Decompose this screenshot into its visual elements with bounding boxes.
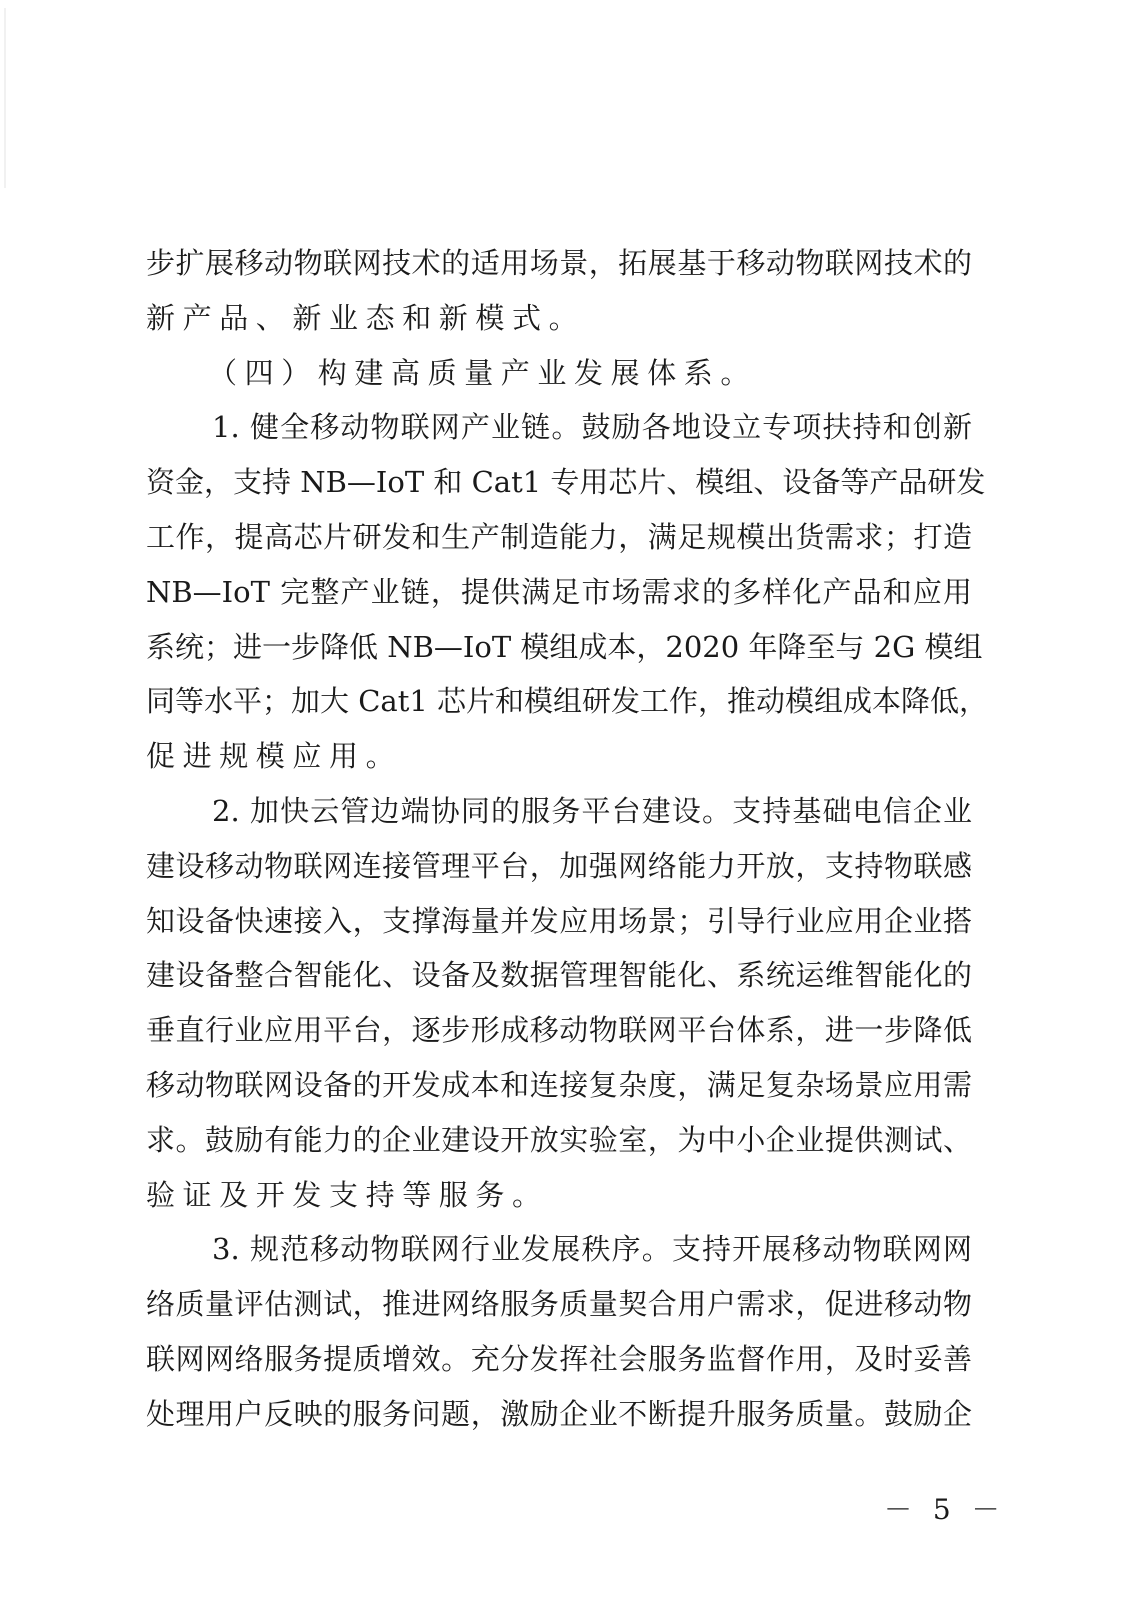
paragraph-line: 验证及开发支持等服务。 xyxy=(146,1168,972,1223)
paragraph-line: 知设备快速接入，支撑海量并发应用场景；引导行业应用企业搭 xyxy=(146,894,972,949)
paragraph-line: 系统；进一步降低 NB—IoT 模组成本，2020 年降至与 2G 模组 xyxy=(146,620,972,675)
paragraph-line: 资金，支持 NB—IoT 和 Cat1 专用芯片、模组、设备等产品研发 xyxy=(146,455,972,510)
item-2-heading-line: 2. 加快云管边端协同的服务平台建设。支持基础电信企业 xyxy=(146,784,972,839)
section-heading: （四）构建高质量产业发展体系。 xyxy=(146,346,972,401)
paragraph-line: 络质量评估测试，推进网络服务质量契合用户需求，促进移动物 xyxy=(146,1277,972,1332)
paragraph-line: 同等水平；加大 Cat1 芯片和模组研发工作，推动模组成本降低， xyxy=(146,674,972,729)
scan-artifact-left-edge xyxy=(4,8,6,188)
paragraph-line: 求。鼓励有能力的企业建设开放实验室，为中小企业提供测试、 xyxy=(146,1113,972,1168)
paragraph-line: 工作，提高芯片研发和生产制造能力，满足规模出货需求；打造 xyxy=(146,510,972,565)
body-text: 步扩展移动物联网技术的适用场景，拓展基于移动物联网技术的 新产品、新业态和新模式… xyxy=(146,236,972,1442)
paragraph-line: 联网网络服务提质增效。充分发挥社会服务监督作用，及时妥善 xyxy=(146,1332,972,1387)
paragraph-line: 建设备整合智能化、设备及数据管理智能化、系统运维智能化的 xyxy=(146,948,972,1003)
paragraph-line: NB—IoT 完整产业链，提供满足市场需求的多样化产品和应用 xyxy=(146,565,972,620)
paragraph-line: 促进规模应用。 xyxy=(146,729,972,784)
item-3-heading-line: 3. 规范移动物联网行业发展秩序。支持开展移动物联网网 xyxy=(146,1222,972,1277)
paragraph-line: 垂直行业应用平台，逐步形成移动物联网平台体系，进一步降低 xyxy=(146,1003,972,1058)
paragraph-line: 移动物联网设备的开发成本和连接复杂度，满足复杂场景应用需 xyxy=(146,1058,972,1113)
document-page: 步扩展移动物联网技术的适用场景，拓展基于移动物联网技术的 新产品、新业态和新模式… xyxy=(0,0,1131,1600)
page-number: － 5 － xyxy=(884,1490,1006,1530)
paragraph-line: 建设移动物联网连接管理平台，加强网络能力开放，支持物联感 xyxy=(146,839,972,894)
paragraph-line: 新产品、新业态和新模式。 xyxy=(146,291,972,346)
item-1-heading-line: 1. 健全移动物联网产业链。鼓励各地设立专项扶持和创新 xyxy=(146,400,972,455)
paragraph-line: 处理用户反映的服务问题，激励企业不断提升服务质量。鼓励企 xyxy=(146,1387,972,1442)
paragraph-line: 步扩展移动物联网技术的适用场景，拓展基于移动物联网技术的 xyxy=(146,236,972,291)
